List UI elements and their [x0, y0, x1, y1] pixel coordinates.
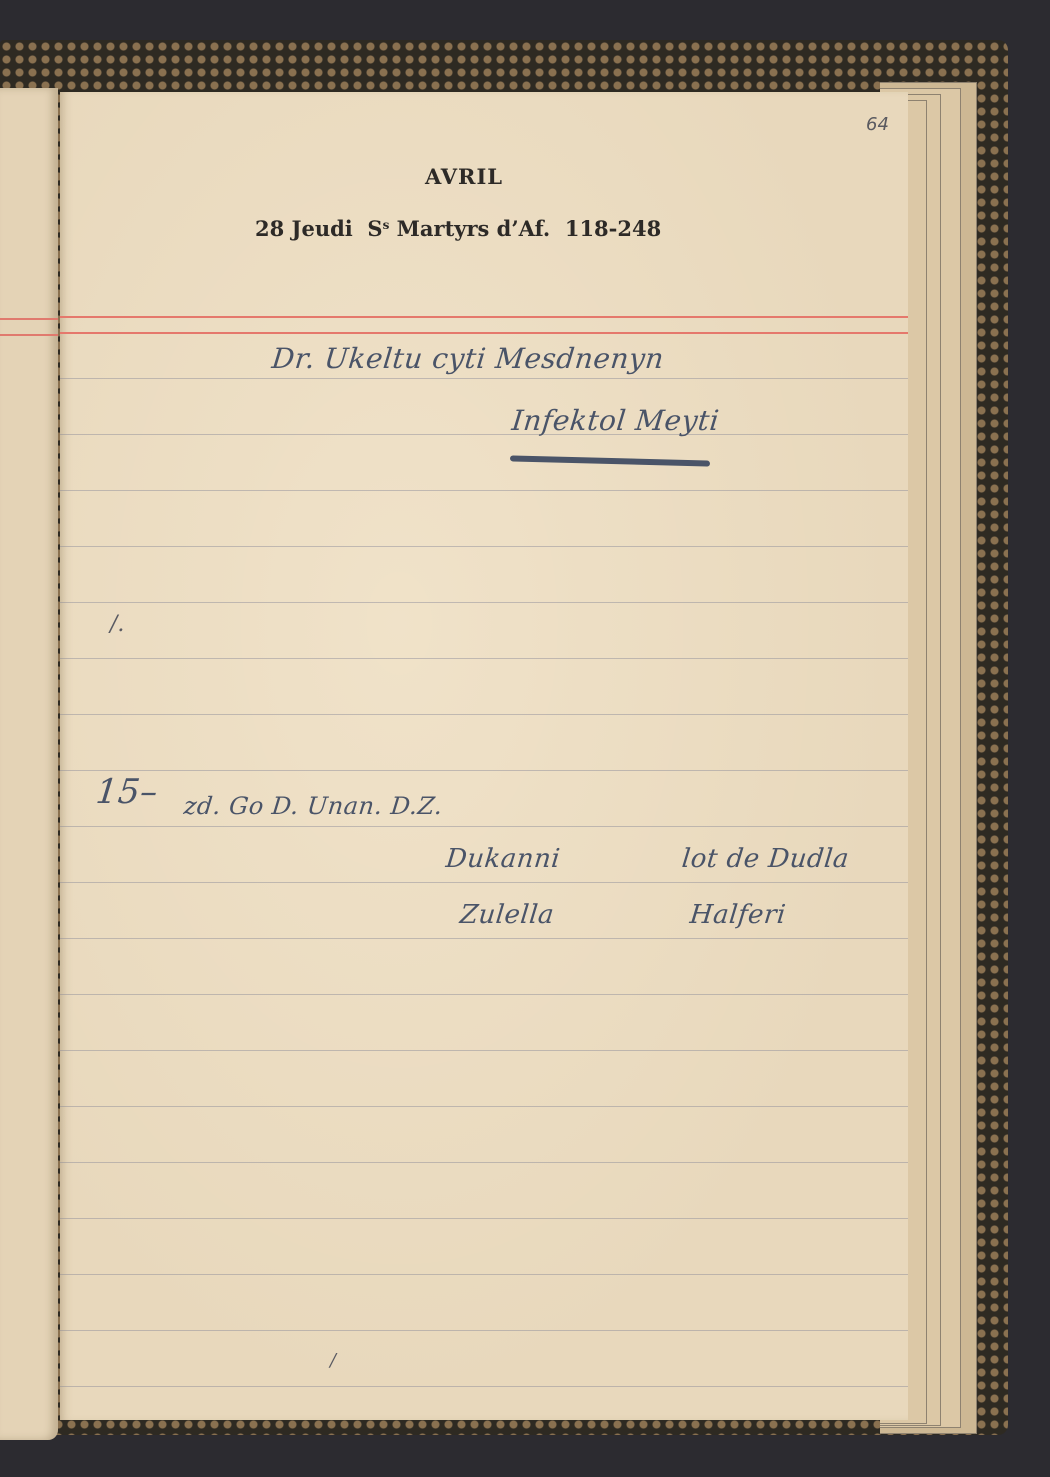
ruled-line [60, 1050, 908, 1051]
weekday: Jeudi [292, 216, 353, 241]
ruled-line [60, 658, 908, 659]
date-heading: 28 Jeudi Ss Martyrs d’Af. 118-248 [255, 216, 661, 241]
handwritten-name: Halferi [688, 900, 787, 930]
saint-name: Martyrs d’Af. [397, 216, 551, 241]
month-heading: AVRIL [60, 164, 868, 189]
saint-prefix: S [367, 216, 382, 241]
ruled-line [60, 994, 908, 995]
ruled-line [60, 378, 908, 379]
handwritten-name: Dukanni [444, 844, 561, 874]
red-rule [0, 334, 58, 336]
page-number: 64 [866, 114, 889, 135]
handwritten-time: 15– [94, 772, 160, 812]
ruled-line [60, 602, 908, 603]
ruled-line [60, 546, 908, 547]
handwritten-line-1: Dr. Ukeltu cyti Mesdnenyn [270, 342, 665, 375]
left-page [0, 88, 58, 1440]
ruled-line [60, 770, 908, 771]
ruled-line [60, 1106, 908, 1107]
ruled-line [60, 826, 908, 827]
handwritten-name: lot de Dudla [680, 844, 850, 874]
red-rule [0, 318, 58, 320]
saint-superscript: s [383, 218, 390, 232]
pen-mark: /. [110, 612, 124, 637]
ruled-line [60, 1274, 908, 1275]
ruled-line [60, 938, 908, 939]
handwritten-line-2: Infektol Meyti [510, 404, 721, 437]
ruled-line [60, 714, 908, 715]
ruled-line [60, 490, 908, 491]
handwritten-underline [510, 455, 710, 466]
handwritten-name: Zulella [458, 900, 555, 930]
ruled-line [60, 434, 908, 435]
ruled-line [60, 1162, 908, 1163]
handwritten-time-note: zd. Go D. Unan. D.Z. [183, 792, 445, 820]
ruled-line [60, 1386, 908, 1387]
day-counter: 118-248 [565, 216, 661, 241]
red-rule-bottom [60, 332, 908, 334]
ruled-line [60, 1218, 908, 1219]
day-number: 28 [255, 216, 284, 241]
ruled-line [60, 1330, 908, 1331]
pen-mark: / [330, 1350, 336, 1371]
ruled-line [60, 882, 908, 883]
diary-page: 64 AVRIL 28 Jeudi Ss Martyrs d’Af. 118-2… [60, 92, 908, 1420]
red-rule-top [60, 316, 908, 318]
